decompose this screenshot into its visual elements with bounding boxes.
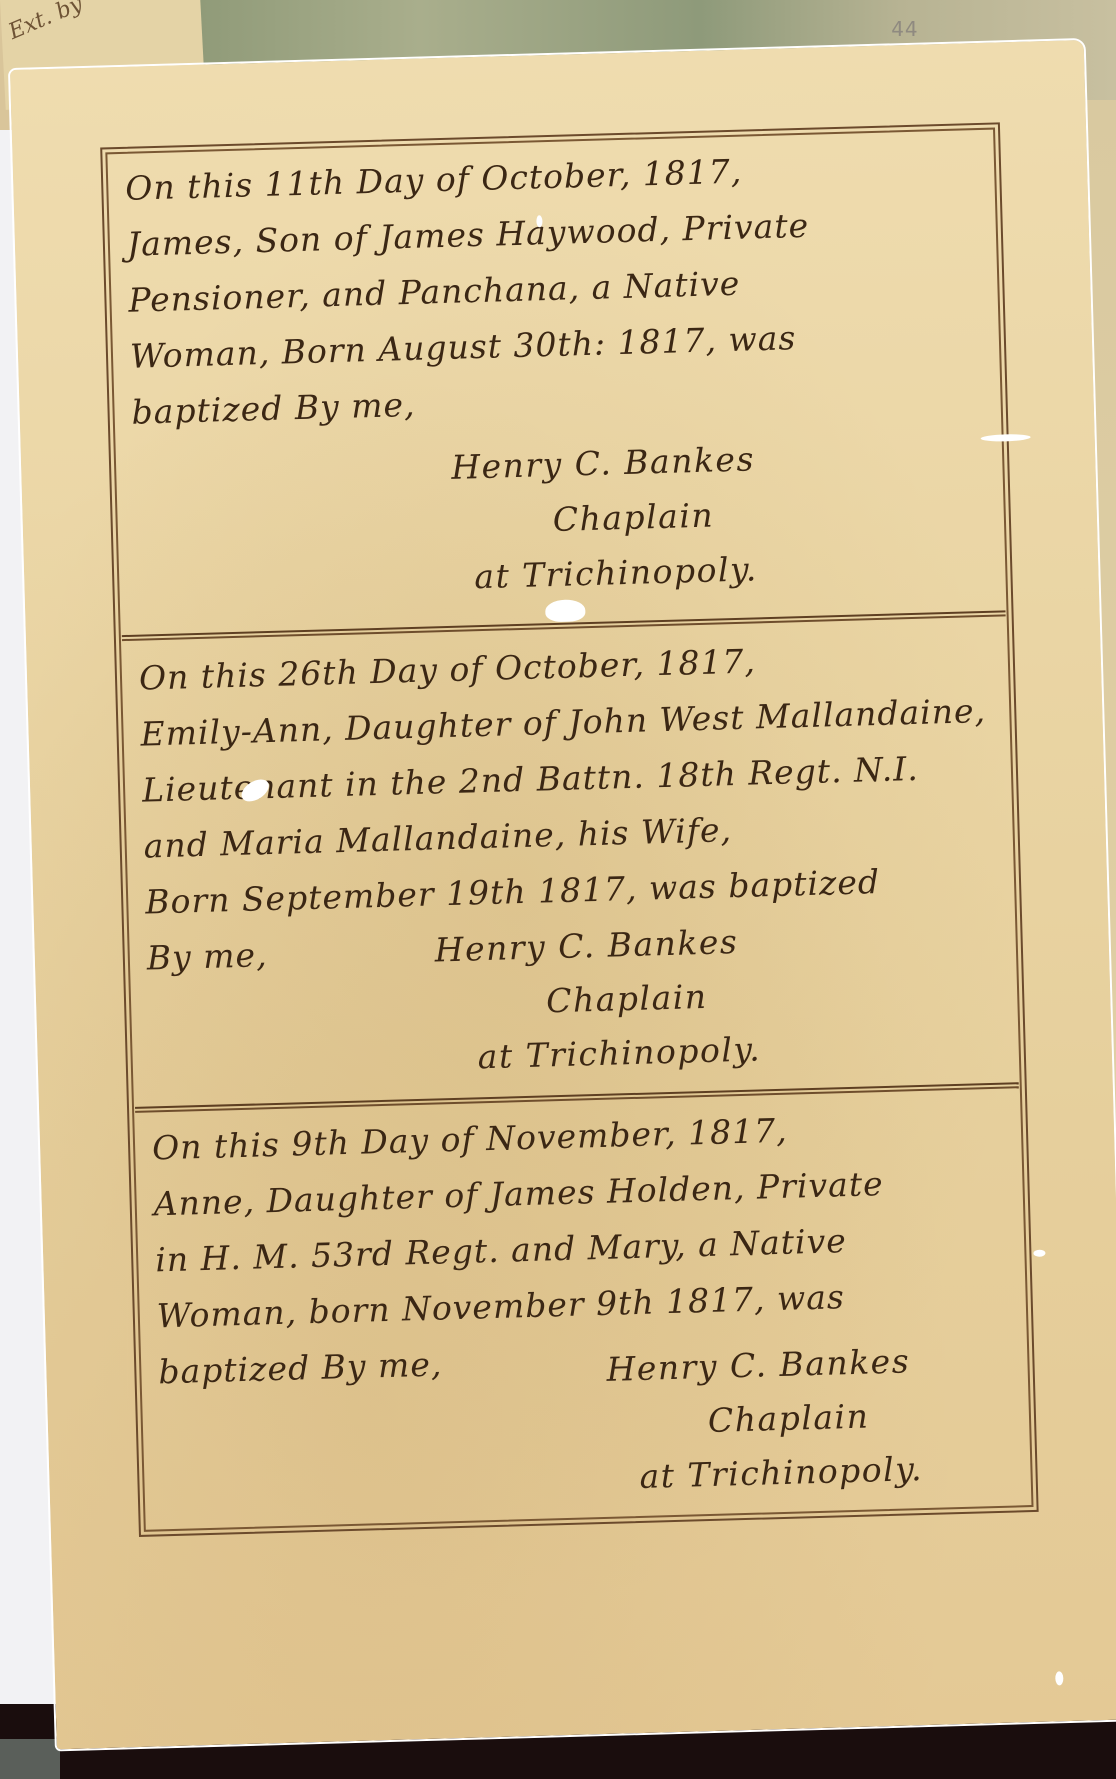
paper-hole (1055, 1671, 1063, 1685)
entry-1-signature-place: at Trichinopoly. (474, 541, 759, 605)
ruled-frame: On this 11th Day of October, 1817, James… (100, 122, 1038, 1537)
entry-1-signature-title: Chaplain (552, 488, 715, 548)
baptism-entry-3: On this 9th Day of November, 1817, Anne,… (129, 1084, 1037, 1539)
entry-1-signature-name: Henry C. Bankes (450, 431, 755, 495)
paper-hole (1033, 1250, 1045, 1257)
paper-hole (545, 599, 586, 622)
entry-2-signature-title: Chaplain (545, 969, 708, 1029)
pencil-page-number: 44 (891, 17, 918, 41)
entry-2-signature-place: at Trichinopoly. (477, 1021, 762, 1085)
underlying-page-scrawl: Ext. by (4, 0, 87, 48)
entry-3-signature-place: at Trichinopoly. (639, 1441, 924, 1505)
baptism-entry-1: On this 11th Day of October, 1817, James… (102, 124, 1011, 639)
register-page: 44 On this 11th Day of October, 1817, Ja… (10, 40, 1116, 1749)
paper-tear (981, 434, 1031, 442)
paper-hole (536, 215, 542, 227)
baptism-entry-2: On this 26th Day of October, 1817, Emily… (116, 614, 1025, 1109)
entry-3-signature-title: Chaplain (707, 1389, 870, 1449)
background-corner (0, 1739, 60, 1779)
